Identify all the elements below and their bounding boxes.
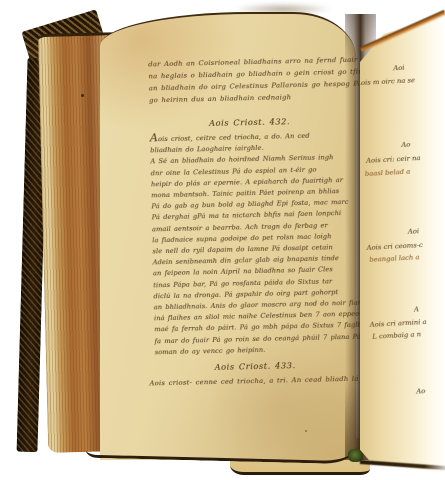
manuscript-fragment: L combaig a n [372,330,421,341]
open-manuscript-book-photo: dar Aodh an Coisrioneal bliadhains arro … [0,0,445,480]
year-heading-432: Aois Criost. 432. [149,115,349,130]
manuscript-fragment: Aois cri ceoms-c [366,241,423,252]
manuscript-fragment: Aoi [408,227,420,236]
manuscript-fragment: baasl belad a [365,168,411,178]
ink-speck [305,430,307,432]
ink-speck [81,94,84,97]
manuscript-fragment: beangal lach a [369,253,420,264]
manuscript-fragment: Ao [401,141,410,149]
manuscript-fragment: Aois cri: ceir na [366,154,421,165]
manuscript-fragment: Aois cri armini a [369,318,426,329]
manuscript-fragment: Aois m oirc na se [356,76,415,87]
manuscript-fragment: Ao [416,387,425,395]
manuscript-text-block: dar Aodh an Coisrioneal bliadhains arro … [148,54,364,409]
left-page-bottom-edge [86,417,359,465]
manuscript-fragment: A [414,305,419,313]
year-heading-433: Aois Criost. 433. [155,359,355,374]
manuscript-fragment: Aoi [393,64,405,73]
